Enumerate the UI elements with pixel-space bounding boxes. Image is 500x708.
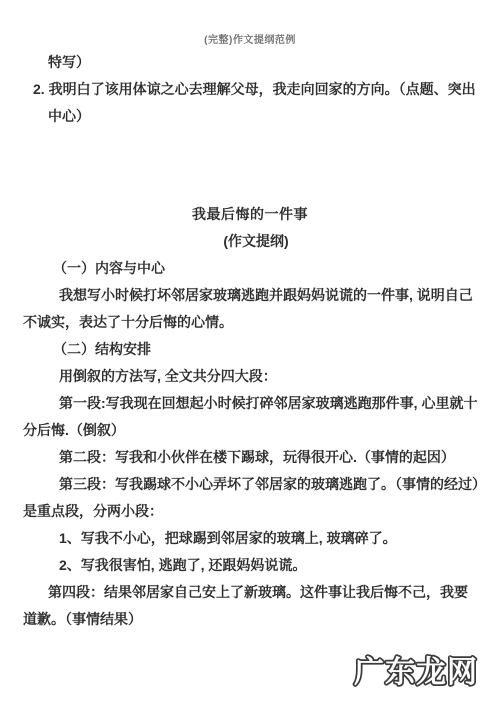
text-line: 第一段:写我现在回想起小时候打碎邻居家玻璃逃跑那件事, 心里就十 [59, 390, 477, 417]
essay-subtitle: (作文提纲) [29, 228, 483, 255]
text-line: 2. 我明白了该用体谅之心去理解父母，我走向回家的方向。（点题、突出 [33, 76, 477, 103]
text-line: 特写） [48, 49, 477, 76]
document-content: 特写）2. 我明白了该用体谅之心去理解父母，我走向回家的方向。（点题、突出中心）… [23, 49, 477, 633]
essay-outline-body: （一）内容与中心我想写小时候打坏邻居家玻璃逃跑并跟妈妈说谎的一件事, 说明自己不… [23, 255, 477, 633]
text-line: 不诚实，表达了十分后悔的心情。 [23, 309, 477, 336]
text-line: 1、写我不小心，把球踢到邻居家的玻璃上, 玻璃碎了。 [59, 525, 477, 552]
text-line: 第四段：结果邻居家自己安上了新玻璃。这件事让我后悔不己，我要 [48, 579, 477, 606]
text-line: 用倒叙的方法写, 全文共分四大段： [59, 363, 477, 390]
previous-outline-section: 特写）2. 我明白了该用体谅之心去理解父母，我走向回家的方向。（点题、突出中心） [23, 49, 477, 130]
text-line: 第三段：写我踢球不小心弄坏了邻居家的玻璃逃跑了。（事情的经过） [59, 471, 477, 498]
watermark-logo: 广东龙网 [346, 648, 486, 694]
text-line: 道歉。（事情结果） [23, 606, 477, 633]
text-line: （一）内容与中心 [53, 255, 477, 282]
text-line: 中心） [48, 103, 477, 130]
text-line: 分后悔.（倒叙） [23, 417, 477, 444]
document-header-title: (完整)作文提纲范例 [0, 31, 500, 46]
watermark-text: 广东龙网 [354, 656, 478, 689]
text-line: 第二段：写我和小伙伴在楼下踢球，玩得很开心.（事情的起因） [59, 444, 477, 471]
text-line: 2、写我很害怕, 逃跑了, 还跟妈妈说谎。 [59, 552, 477, 579]
essay-title: 我最后悔的一件事 [23, 201, 477, 228]
text-line: 是重点段，分两小段： [23, 498, 477, 525]
text-line: （二）结构安排 [53, 336, 477, 363]
document-page: (完整)作文提纲范例 特写）2. 我明白了该用体谅之心去理解父母，我走向回家的方… [0, 0, 500, 708]
text-line: 我想写小时候打坏邻居家玻璃逃跑并跟妈妈说谎的一件事, 说明自己 [59, 282, 477, 309]
